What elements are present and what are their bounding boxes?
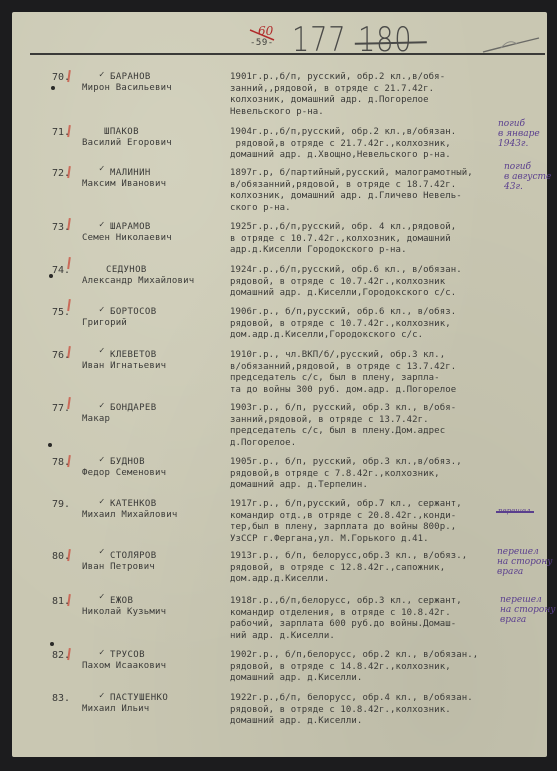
entry-description: 1924г.р.,б/п,русский, обр.6 кл., в/обяза… [230, 265, 520, 300]
entry-given-name: Пахом Исаакович [82, 661, 166, 671]
check-mark-icon: ✓ [99, 497, 104, 507]
entry-surname: ЕЖОВ [110, 596, 133, 606]
entry-number: 73. [52, 222, 70, 233]
entry-number: 78. [52, 457, 70, 468]
entry-given-name: Александр Михайлович [82, 276, 194, 286]
entry-surname: КЛЕВЕТОВ [110, 350, 157, 360]
entry-description: 1910г.р., чл.ВКП/б/,русский, обр.3 кл., … [230, 350, 520, 396]
check-mark-icon: ✓ [99, 592, 104, 602]
entry-description: 1902г.р., б/п,белорусс, обр.2 кл., в/обя… [230, 650, 520, 685]
entry-number: 82. [52, 650, 70, 661]
entry-surname: ШАРАМОВ [110, 222, 151, 232]
check-mark-icon: ✓ [99, 547, 104, 557]
entry-number: 80. [52, 551, 70, 562]
entry-given-name: Макар [82, 414, 110, 424]
entry-description: 1901г.р.,б/п, русский, обр.2 кл.,в/обя- … [230, 72, 520, 118]
check-mark-icon: ✓ [99, 455, 104, 465]
ink-dot [48, 443, 52, 447]
check-mark-icon: ✓ [99, 305, 104, 315]
entry-given-name: Николай Кузьмич [82, 607, 166, 617]
entry-given-name: Семен Николаевич [82, 233, 172, 243]
check-mark-icon: ✓ [99, 401, 104, 411]
check-mark-icon: ✓ [99, 691, 104, 701]
entry-surname: ТРУСОВ [110, 650, 145, 660]
entry-number: 76. [52, 350, 70, 361]
entry-description: 1903г.р., б/п, русский, обр.3 кл., в/обя… [230, 403, 520, 449]
entry-number: 79. [52, 499, 70, 510]
entry-surname: СЕДУНОВ [106, 265, 147, 275]
handwritten-note: перешел на сторону врага [500, 595, 555, 625]
handwritten-note: погиб в августе 43г. [504, 162, 551, 192]
page-number-typed: -59- [250, 38, 274, 48]
entry-given-name: Василий Егорович [82, 138, 172, 148]
entry-description: 1925г.р.,б/п,русский, обр. 4 кл.,рядовой… [230, 222, 520, 257]
entry-description: 1905г.р., б/п, русский, обр.3 кл.,в/обяз… [230, 457, 520, 492]
entry-surname: БАРАНОВ [110, 72, 151, 82]
ink-dot [49, 274, 53, 278]
entry-description: 1918г.р.,б/п,белорусс, обр.3 кл., сержан… [230, 596, 520, 642]
entry-given-name: Федор Семенович [82, 468, 166, 478]
entry-description: 1906г.р., б/п,русский, обр.6 кл., в/обяз… [230, 307, 520, 342]
entry-surname: БОРТОСОВ [110, 307, 157, 317]
entry-surname: КАТЕНКОВ [110, 499, 157, 509]
entry-description: 1897г.р, б/партийный,русский, малограмот… [230, 168, 520, 214]
check-mark-icon: ✓ [99, 648, 104, 658]
ink-dot [51, 86, 55, 90]
entry-surname: СТОЛЯРОВ [110, 551, 157, 561]
handwritten-note: погиб в январе 1943г. [498, 119, 540, 149]
entry-number: 74. [52, 265, 70, 276]
strike-line [496, 511, 534, 513]
header-rule [30, 53, 545, 55]
entry-number: 77. [52, 403, 70, 414]
check-mark-icon: ✓ [99, 70, 104, 80]
entry-description: 1904г.р.,б/п,русский, обр.2 кл.,в/обязан… [230, 127, 520, 162]
entry-given-name: Иван Петрович [82, 562, 155, 572]
entry-description: 1922г.р.,б/п, белорусс, обр.4 кл., в/обя… [230, 693, 520, 728]
corner-scribble-mark [481, 34, 541, 54]
entry-given-name: Михаил Ильич [82, 704, 149, 714]
ink-dot [50, 642, 54, 646]
entry-surname: ШПАКОВ [104, 127, 139, 137]
entry-surname: БУДНОВ [110, 457, 145, 467]
check-mark-icon: ✓ [99, 346, 104, 356]
entry-surname: МАЛИНИН [110, 168, 151, 178]
entry-number: 83. [52, 693, 70, 704]
handwritten-note: перешел на сторону врага [497, 547, 552, 577]
entry-given-name: Михаил Михайлович [82, 510, 178, 520]
entry-surname: ПАСТУШЕНКО [110, 693, 168, 703]
entry-surname: БОНДАРЕВ [110, 403, 157, 413]
entry-number: 81. [52, 596, 70, 607]
entry-given-name: Григорий [82, 318, 127, 328]
entry-number: 72. [52, 168, 70, 179]
entry-given-name: Иван Игнатьевич [82, 361, 166, 371]
entry-description: 1917г.р., б/п,русский, обр.7 кл., сержан… [230, 499, 520, 545]
entry-number: 70. [52, 72, 70, 83]
check-mark-icon: ✓ [99, 164, 104, 174]
entry-given-name: Мирон Васильевич [82, 83, 172, 93]
entry-number: 75. [52, 307, 70, 318]
entry-description: 1913г.р., б/п, белорусс,обр.3 кл., в/обя… [230, 551, 520, 586]
entry-given-name: Максим Иванович [82, 179, 166, 189]
entry-number: 71. [52, 127, 70, 138]
check-mark-icon: ✓ [99, 220, 104, 230]
